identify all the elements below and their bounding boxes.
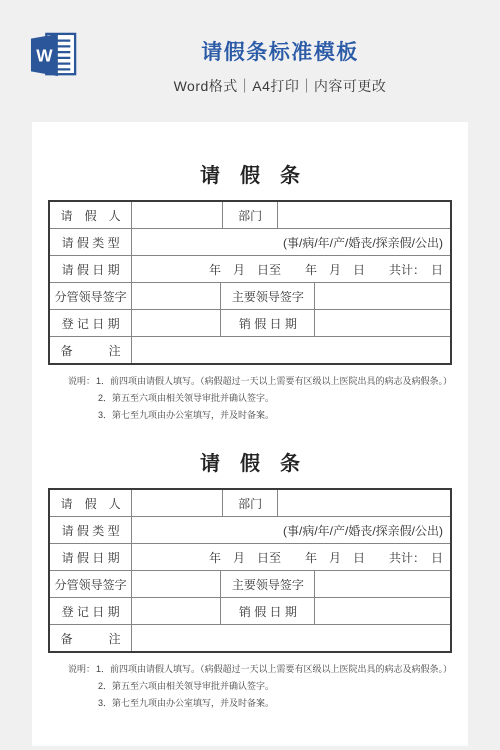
register-date-cell[interactable] <box>131 310 220 336</box>
cancel-leave-date-cell[interactable] <box>314 310 450 336</box>
leave-date-hint: 年 月 日至 年 月 日 共计： 日 <box>209 549 443 566</box>
main-leader-sign-cell[interactable] <box>314 283 450 309</box>
form-notes: 说明：1．前四项由请假人填写。（病假超过一天以上需要有区级以上医院出具的病志及病… <box>68 373 452 424</box>
screen: W 请假条标准模板 Word格式｜A4打印｜内容可更改 请 假 条 请 假 人 … <box>0 0 500 750</box>
leave-date-input-cell[interactable]: 年 月 日至 年 月 日 共计： 日 <box>131 256 450 282</box>
department-label: 部门 <box>222 490 276 516</box>
leave-type-options: (事/病/年/产/婚丧/探亲假/公出) <box>283 234 443 251</box>
page-subtitle: Word格式｜A4打印｜内容可更改 <box>60 76 500 96</box>
deputy-leader-sign-label: 分管领导签字 <box>50 571 131 597</box>
leave-form-table: 请 假 人 部门 请 假 类 型 (事/病/年/产/婚丧/探亲假/公出) 请 假… <box>48 200 452 365</box>
form-notes: 说明：1．前四项由请假人填写。（病假超过一天以上需要有区级以上医院出具的病志及病… <box>68 661 452 712</box>
row-leave-date: 请 假 日 期 年 月 日至 年 月 日 共计： 日 <box>50 255 450 282</box>
leave-type-input-cell[interactable]: (事/病/年/产/婚丧/探亲假/公出) <box>131 229 450 255</box>
document-page: 请 假 条 请 假 人 部门 请 假 类 型 (事/病/年/产/婚丧/探亲假/公… <box>32 122 468 746</box>
row-leave-type: 请 假 类 型 (事/病/年/产/婚丧/探亲假/公出) <box>50 516 450 543</box>
remarks-cell[interactable] <box>131 337 450 363</box>
deputy-leader-sign-cell[interactable] <box>131 283 220 309</box>
leave-date-label: 请 假 日 期 <box>50 256 131 282</box>
leave-form-2: 请 假 条 请 假 人 部门 请 假 类 型 (事/病/年/产/婚丧/探亲假/公… <box>48 450 452 712</box>
note-line-1: 说明：1．前四项由请假人填写。（病假超过一天以上需要有区级以上医院出具的病志及病… <box>68 661 452 678</box>
applicant-input-cell[interactable] <box>131 490 222 516</box>
leave-form-table: 请 假 人 部门 请 假 类 型 (事/病/年/产/婚丧/探亲假/公出) 请 假… <box>48 488 452 653</box>
register-date-label: 登 记 日 期 <box>50 598 131 624</box>
banner-text: 请假条标准模板 Word格式｜A4打印｜内容可更改 <box>60 36 500 96</box>
row-dates: 登 记 日 期 销 假 日 期 <box>50 597 450 624</box>
leave-type-input-cell[interactable]: (事/病/年/产/婚丧/探亲假/公出) <box>131 517 450 543</box>
leave-type-label: 请 假 类 型 <box>50 229 131 255</box>
leave-form-1: 请 假 条 请 假 人 部门 请 假 类 型 (事/病/年/产/婚丧/探亲假/公… <box>48 162 452 424</box>
main-leader-sign-cell[interactable] <box>314 571 450 597</box>
applicant-label: 请 假 人 <box>50 202 131 228</box>
row-remarks: 备 注 <box>50 624 450 651</box>
page-title: 请假条标准模板 <box>60 36 500 66</box>
deputy-leader-sign-cell[interactable] <box>131 571 220 597</box>
remarks-label: 备 注 <box>50 337 131 363</box>
notes-prefix: 说明： <box>68 664 95 674</box>
note-line-3: 3．第七至九项由办公室填写，并及时备案。 <box>98 695 452 712</box>
note-line-3: 3．第七至九项由办公室填写，并及时备案。 <box>98 407 452 424</box>
department-input-cell[interactable] <box>277 202 450 228</box>
word-icon-letter: W <box>36 46 53 66</box>
applicant-label: 请 假 人 <box>50 490 131 516</box>
applicant-input-cell[interactable] <box>131 202 222 228</box>
leave-date-label: 请 假 日 期 <box>50 544 131 570</box>
row-leader-signatures: 分管领导签字 主要领导签字 <box>50 282 450 309</box>
form-title: 请 假 条 <box>48 450 452 478</box>
main-leader-sign-label: 主要领导签字 <box>220 571 314 597</box>
row-remarks: 备 注 <box>50 336 450 363</box>
deputy-leader-sign-label: 分管领导签字 <box>50 283 131 309</box>
row-applicant: 请 假 人 部门 <box>50 490 450 516</box>
cancel-leave-date-cell[interactable] <box>314 598 450 624</box>
remarks-cell[interactable] <box>131 625 450 651</box>
register-date-cell[interactable] <box>131 598 220 624</box>
register-date-label: 登 记 日 期 <box>50 310 131 336</box>
row-leave-date: 请 假 日 期 年 月 日至 年 月 日 共计： 日 <box>50 543 450 570</box>
cancel-leave-date-label: 销 假 日 期 <box>220 310 314 336</box>
leave-date-input-cell[interactable]: 年 月 日至 年 月 日 共计： 日 <box>131 544 450 570</box>
note-line-2: 2．第五至六项由相关领导审批并确认签字。 <box>98 678 452 695</box>
note-item-1: 1．前四项由请假人填写。（病假超过一天以上需要有区级以上医院出具的病志及病假条。… <box>96 376 452 386</box>
leave-type-options: (事/病/年/产/婚丧/探亲假/公出) <box>283 522 443 539</box>
department-label: 部门 <box>222 202 276 228</box>
notes-prefix: 说明： <box>68 376 95 386</box>
row-leave-type: 请 假 类 型 (事/病/年/产/婚丧/探亲假/公出) <box>50 228 450 255</box>
row-leader-signatures: 分管领导签字 主要领导签字 <box>50 570 450 597</box>
row-applicant: 请 假 人 部门 <box>50 202 450 228</box>
leave-date-hint: 年 月 日至 年 月 日 共计： 日 <box>209 261 443 278</box>
form-title: 请 假 条 <box>48 162 452 190</box>
main-leader-sign-label: 主要领导签字 <box>220 283 314 309</box>
leave-type-label: 请 假 类 型 <box>50 517 131 543</box>
remarks-label: 备 注 <box>50 625 131 651</box>
banner: W 请假条标准模板 Word格式｜A4打印｜内容可更改 <box>0 0 500 122</box>
note-line-1: 说明：1．前四项由请假人填写。（病假超过一天以上需要有区级以上医院出具的病志及病… <box>68 373 452 390</box>
department-input-cell[interactable] <box>277 490 450 516</box>
note-item-1: 1．前四项由请假人填写。（病假超过一天以上需要有区级以上医院出具的病志及病假条。… <box>96 664 452 674</box>
note-line-2: 2．第五至六项由相关领导审批并确认签字。 <box>98 390 452 407</box>
row-dates: 登 记 日 期 销 假 日 期 <box>50 309 450 336</box>
cancel-leave-date-label: 销 假 日 期 <box>220 598 314 624</box>
